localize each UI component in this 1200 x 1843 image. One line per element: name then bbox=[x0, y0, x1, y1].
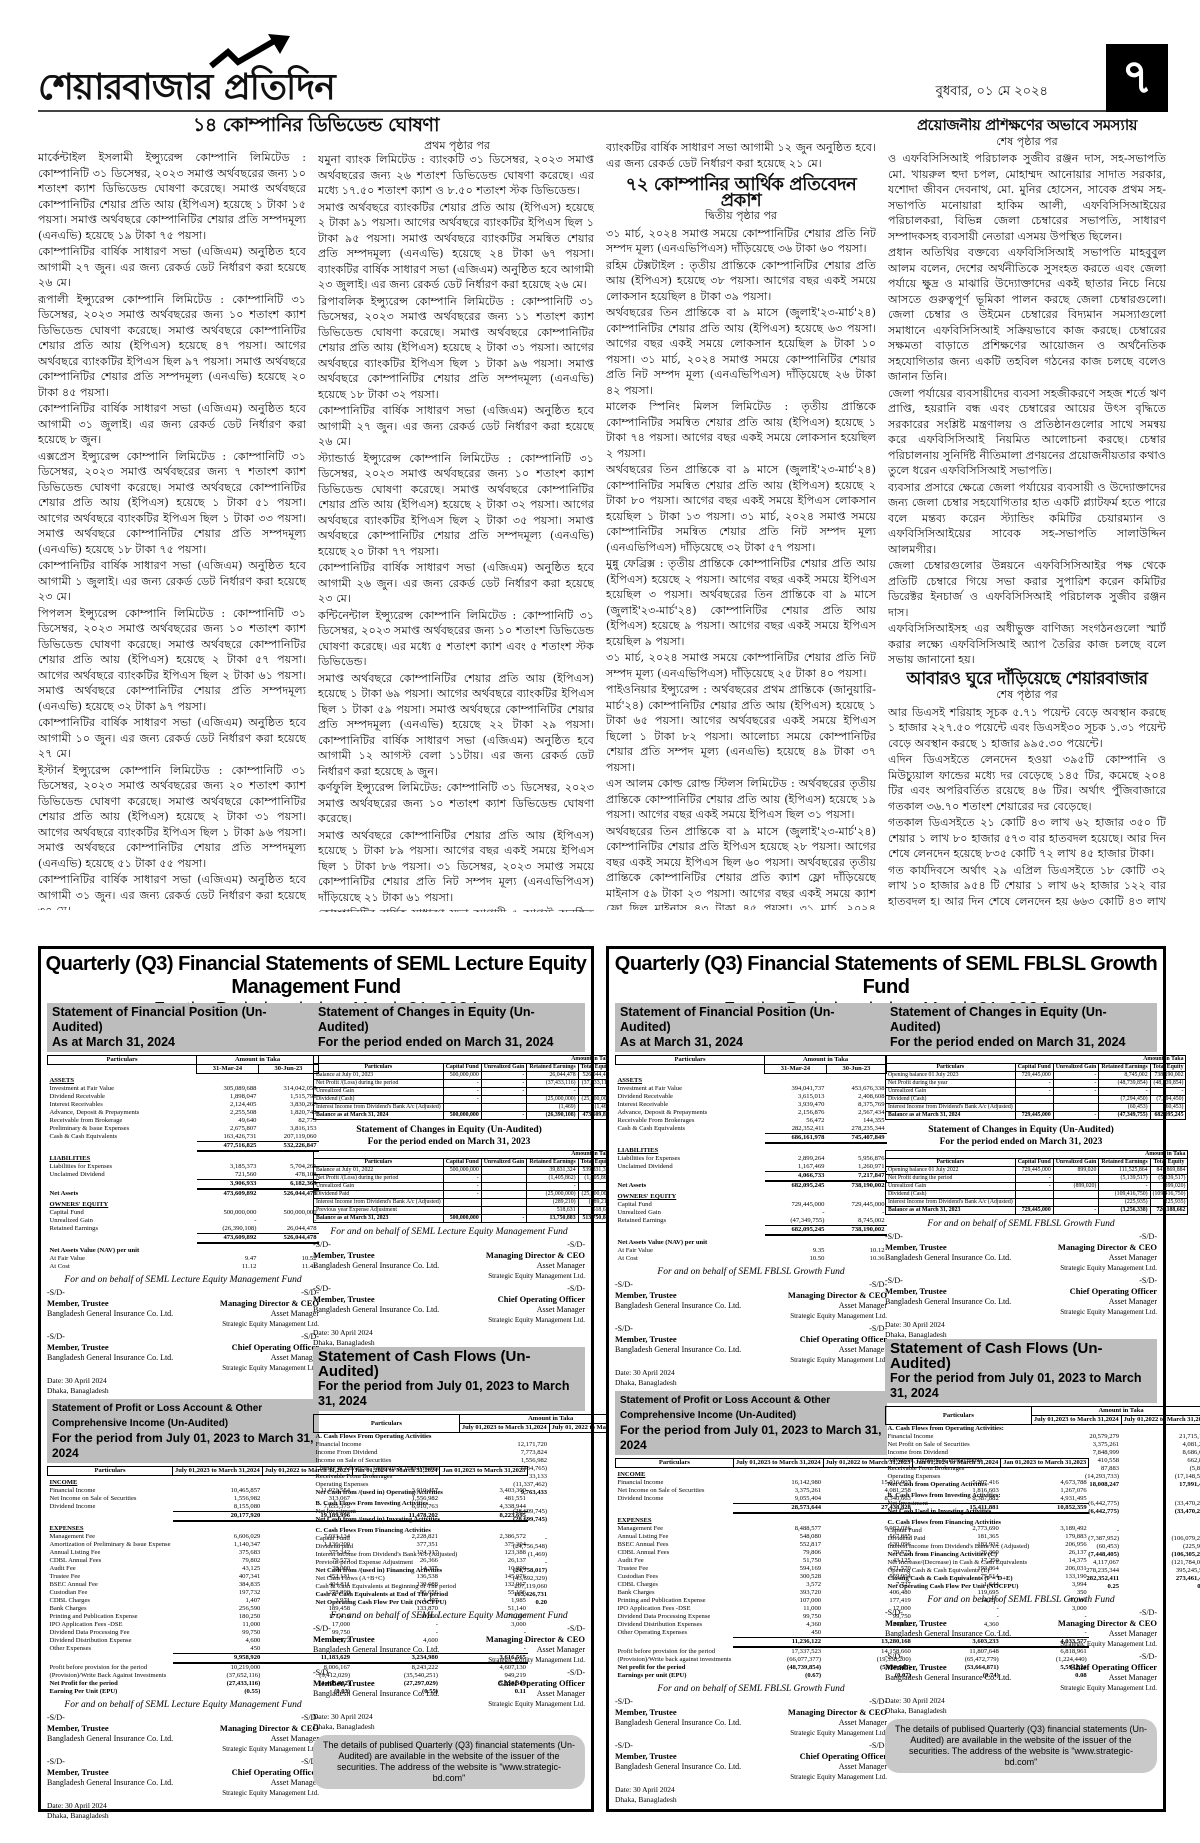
ad-title: Quarterly (Q3) Financial Statements of S… bbox=[609, 953, 1163, 999]
table-row: Interest Income from Dividend's Bank A/c… bbox=[314, 1551, 643, 1559]
financial-position-table: ParticularsAmount in Taka 31-Mar-2430-Ju… bbox=[615, 1055, 887, 1263]
table-row: Net Cash from /(used in) Financing Activ… bbox=[314, 1567, 643, 1575]
signature-block: -S/D-Member, TrusteeBangladesh General I… bbox=[885, 1232, 1157, 1273]
table-row: Net Profit /(Loss) during the period--(3… bbox=[314, 1080, 614, 1088]
table-row: Interest Income from Dividend's Bank A/c… bbox=[886, 1199, 1188, 1207]
headline: ৭২ কোম্পানির আর্থিক প্রতিবেদন প্রকাশ bbox=[606, 177, 876, 208]
changes-equity-table-2023: Amount in TakaParticularsCapital FundUnr… bbox=[885, 1150, 1188, 1215]
table-row: Operating Expenses(11,337,462)(12,963,66… bbox=[314, 1481, 643, 1489]
table-row: Net Investment(6,442,775)(33,470,286) bbox=[886, 1500, 1200, 1508]
table-row: Dividend Receivable1,898,0471,515,791 bbox=[48, 1093, 319, 1101]
paragraph: জেলা চেম্বারগুলোর উন্নয়নে এফবিসিসিআইর প… bbox=[888, 558, 1166, 620]
table-row: Unrealized Gain-- bbox=[616, 1209, 887, 1217]
date-place: Date: 30 April 2024Dhaka, Banagladesh bbox=[313, 1712, 585, 1731]
table-row: Financial Income12,171,7208,825,731 bbox=[314, 1441, 643, 1449]
paragraph: কোম্পানিটির বার্ষিক সাধারণ সভা (এজিএম) অ… bbox=[38, 872, 306, 910]
headline-market-rebound: আবারও ঘুরে দাঁড়িয়েছে শেয়ারবাজার bbox=[888, 672, 1166, 688]
table-row: Retained Earnings(26,390,108)26,044,478 bbox=[48, 1225, 319, 1234]
table-row: Unrealized Gain--- bbox=[314, 1183, 614, 1191]
table-row: Capital Fund729,445,000729,445,000 bbox=[616, 1201, 887, 1209]
table-row: At Cost10.5010.36 bbox=[616, 1255, 887, 1263]
table-row: Advance, Deposit & Prepayments2,255,5081… bbox=[48, 1109, 319, 1117]
on-behalf-line: For and on behalf of SEML FBLSL Growth F… bbox=[615, 1267, 887, 1277]
paragraph: কোম্পানিটির বার্ষিক সাধারণ সভা (এজিএম) অ… bbox=[38, 244, 306, 291]
paragraph: মার্কেন্টাইল ইসলামী ইন্স্যুরেন্স কোম্পান… bbox=[38, 150, 306, 243]
paragraph: গত কার্যদিবসে অর্থাৎ ২৯ এপ্রিল ডিএসইতে ১… bbox=[888, 863, 1166, 911]
profit-loss-heading: Statement of Profit or Loss Account & Ot… bbox=[615, 1391, 887, 1455]
date-place: Date: 30 April 2024Dhaka, Banagladesh bbox=[47, 1801, 319, 1820]
signature-block: -S/D-Member, TrusteeBangladesh General I… bbox=[313, 1240, 585, 1281]
table-row: Operating Expenses(14,293,733)(17,148,59… bbox=[886, 1473, 1200, 1481]
table-row: Liabilities for Expenses3,185,3735,704,2… bbox=[48, 1163, 319, 1171]
table-row: Receivable From Brokerages56,472144,355 bbox=[616, 1117, 887, 1125]
table-row: Investment at Fair Value394,041,737453,6… bbox=[616, 1085, 887, 1093]
paragraph: কোম্পানিটির বার্ষিক সাধারণ সভা (এজিএম) অ… bbox=[318, 403, 594, 450]
changes-equity-table-2023: Amount in TakaParticularsCapital FundUnr… bbox=[313, 1150, 614, 1223]
on-behalf-line: For and on behalf of SEML FBLSL Growth F… bbox=[885, 1595, 1157, 1605]
paragraph: এস আলম কোল্ড রোল্ড স্টিলস লিমিটেড : অর্থ… bbox=[606, 776, 876, 823]
table-row: Interest Income from Dividend's Bank A/c… bbox=[886, 1543, 1200, 1551]
table-row: Net Profit /(Loss) during the period-(1,… bbox=[314, 1175, 614, 1183]
table-row: Net Profit during the period-(5,139,517)… bbox=[886, 1175, 1188, 1183]
table-row: Net Profit during the year--(48,739,854)… bbox=[886, 1080, 1186, 1088]
table-row: Capital Fund-- bbox=[314, 1535, 643, 1543]
table-row: Investment at Fair Value305,089,688314,0… bbox=[48, 1085, 319, 1093]
table-row: Dividend Paid(7,387,952)(106,079,280) bbox=[886, 1535, 1200, 1543]
paragraph: পিপলস ইন্স্যুরেন্স কোম্পানি লিমিটেড : কো… bbox=[38, 606, 306, 715]
signature-block: -S/D-Member, TrusteeBangladesh General I… bbox=[885, 1276, 1157, 1317]
table-row: Interest Income from Dividend's Bank A/c… bbox=[314, 1199, 614, 1207]
on-behalf-line: For and on behalf of SEML Lecture Equity… bbox=[313, 1227, 585, 1237]
table-row: Dividend (Cash)-(25,000,000)(25,000,000) bbox=[314, 1096, 614, 1104]
paragraph: সমাপ্ত অর্থবছরে ব্যাংকটির শেয়ার প্রতি আ… bbox=[318, 200, 594, 293]
paragraph: অর্থবছরের তিন প্রান্তিকে বা ৯ মাসে (জুলা… bbox=[606, 305, 876, 398]
paragraph: এদিন ডিএসইতে লেনদেন হওয়া ৩৯৫টি কোম্পানি… bbox=[888, 752, 1166, 814]
paragraph: কর্ণফুলি ইন্স্যুরেন্স লিমিটেড: কোম্পানিট… bbox=[318, 780, 594, 827]
signature-block: -S/D-Member, TrusteeBangladesh General I… bbox=[313, 1668, 585, 1709]
headline: ১৪ কোম্পানির ডিভিডেন্ড ঘোষণা bbox=[38, 118, 594, 134]
table-row: Interest Receivables2,124,4053,830,267 bbox=[48, 1101, 319, 1109]
paragraph: রূপালী ইন্স্যুরেন্স কোম্পানি লিমিটেড : ক… bbox=[38, 292, 306, 401]
table-row: Dividend Paid-(25,000,000)(25,000,000) bbox=[314, 1191, 614, 1199]
table-row: At Cost11.1211.41 bbox=[48, 1263, 319, 1271]
signature-block: -S/D-Member, TrusteeBangladesh General I… bbox=[885, 1652, 1157, 1693]
table-row: Net Operating Cash Flow Per Unit (NOCFPU… bbox=[314, 1599, 643, 1607]
masthead: শেয়ারবাজার প্রতিদিন বুধবার, ০১ মে ২০২৪ … bbox=[38, 40, 1168, 112]
paragraph: এফবিসিসিআইসহ এর অধীভুক্ত বাণিজ্য সংগঠনগু… bbox=[888, 621, 1166, 668]
publication-date: বুধবার, ০১ মে ২০২৪ bbox=[936, 82, 1048, 103]
lead-paragraph: ব্যাংকটির বার্ষিক সাধারণ সভা আগামী ১২ জু… bbox=[606, 140, 876, 171]
signature-block: -S/D-Member, TrusteeBangladesh General I… bbox=[47, 1332, 319, 1373]
table-row: Opening balance 01 July 2022729,445,0008… bbox=[886, 1167, 1188, 1175]
changes-equity-table-2024: Amount in TakaParticularsCapital FundUnr… bbox=[313, 1055, 614, 1120]
paragraph: অর্থবছরের তিন প্রান্তিকে বা ৯ মাসে (জুলা… bbox=[606, 462, 876, 555]
table-row: Income From Dividend7,773,8246,509,864 bbox=[314, 1449, 643, 1457]
table-row: Unrealized Gain-(899,020)-(899,020) bbox=[886, 1183, 1188, 1191]
financial-position-table: ParticularsAmount in Taka 31-Mar-2430-Ju… bbox=[47, 1055, 319, 1271]
table-row: Dividend Receivable3,615,0132,408,608 bbox=[616, 1093, 887, 1101]
paragraph: কন্টিনেন্টাল ইন্স্যুরেন্স কোম্পানি লিমিট… bbox=[318, 608, 594, 670]
table-row: Net Assets682,095,245738,190,002 bbox=[616, 1181, 887, 1190]
paragraph: সমাপ্ত অর্থবছরে কোম্পানিটির শেয়ার প্রতি… bbox=[318, 828, 594, 906]
paragraph: অর্থবছরের তিন প্রান্তিকে বা ৯ মাসে (জুলা… bbox=[606, 824, 876, 911]
left-half: Statement of Financial Position (Un-Audi… bbox=[615, 1003, 887, 1804]
table-row: Interest Receivable3,939,4708,375,769 bbox=[616, 1101, 887, 1109]
financial-position-heading: Statement of Financial Position (Un-Audi… bbox=[615, 1003, 887, 1052]
article-dividend-col1: মার্কেন্টাইল ইসলামী ইন্স্যুরেন্স কোম্পান… bbox=[38, 150, 306, 910]
table-row: Balance at July 01, 2023500,000,000-26,0… bbox=[314, 1072, 614, 1080]
table-row: Unclaimed Dividend1,167,4691,260,971 bbox=[616, 1163, 887, 1172]
paragraph: ৩১ মার্চ, ২০২৪ সমাপ্ত সময়ে কোম্পানিটির … bbox=[606, 226, 876, 257]
paragraph: রিপাবলিক ইন্স্যুরেন্স কোম্পানি লিমিটেড :… bbox=[318, 294, 594, 403]
table-row: Net Cash from /(used in) Investing Activ… bbox=[314, 1516, 643, 1524]
table-row: Receivable From Brokerages87,883(5,870) bbox=[886, 1465, 1200, 1473]
ad-title: Quarterly (Q3) Financial Statements of S… bbox=[41, 953, 591, 999]
table-row: Net Cash Used in Investing Activities(6,… bbox=[886, 1508, 1200, 1516]
date-place: Date: 30 April 2024Dhaka, Banagladesh bbox=[615, 1368, 887, 1387]
date-place: Date: 30 April 2024Dhaka, Banagladesh bbox=[313, 1328, 585, 1347]
table-row: Cash & Cash Equivalents at Beginning of … bbox=[314, 1583, 643, 1591]
financial-position-heading: Statement of Financial Position (Un-Audi… bbox=[47, 1003, 319, 1052]
signature-block: -S/D-Member, TrusteeBangladesh General I… bbox=[47, 1288, 319, 1329]
paragraph: ব্যবসার প্রসারে ক্ষেত্রে জেলা পর্যায়ের … bbox=[888, 480, 1166, 558]
paragraph: ও এফবিসিসিআই পরিচালক সুজীব রঞ্জন দাস, সহ… bbox=[888, 151, 1166, 244]
table-row: Net Cash from /(used in) Operating Activ… bbox=[314, 1489, 643, 1497]
paragraph: পাইওনিয়ার ইন্স্যুরেন্স : অর্থবছরের প্রথ… bbox=[606, 682, 876, 775]
table-row: Net Increase/(Decrease) in Cash & Cash E… bbox=[886, 1559, 1200, 1567]
right-half: Statement of Changes in Equity (Un-Audit… bbox=[885, 1003, 1157, 1773]
disclosure-note: The details of publised Quarterly (Q3) f… bbox=[313, 1735, 585, 1789]
signature-block: -S/D-Member, TrusteeBangladesh General I… bbox=[615, 1697, 887, 1738]
table-row: Balance as at March 31, 2024729,445,000-… bbox=[886, 1112, 1186, 1120]
table-row: Net Cash Flows (A+B+C)(43,692,329)(52,80… bbox=[314, 1575, 643, 1583]
table-row: Dividend paid(24,756,548)(24,976,697) bbox=[314, 1543, 643, 1551]
table-row: Previous period Expense Adjustment-518,6… bbox=[314, 1559, 643, 1567]
table-row: Opening balance 01 July 2023729,445,000-… bbox=[886, 1072, 1186, 1080]
date-place: Date: 30 April 2024Dhaka, Banagladesh bbox=[47, 1376, 319, 1395]
table-row: Unclaimed Dividend721,560478,108 bbox=[48, 1171, 319, 1180]
table-row: Liabilities for Expenses2,899,2645,956,8… bbox=[616, 1155, 887, 1163]
table-row: Capital Fund500,000,000500,000,000 bbox=[48, 1209, 319, 1217]
cash-flows-heading: Statement of Cash Flows (Un-Audited)For … bbox=[313, 1347, 585, 1411]
ad-fblsl-growth-fund: Quarterly (Q3) Financial Statements of S… bbox=[606, 946, 1166, 1812]
on-behalf-line: For and on behalf of SEML FBLSL Growth F… bbox=[615, 1684, 887, 1694]
profit-loss-heading: Statement of Profit or Loss Account & Ot… bbox=[47, 1399, 319, 1463]
article-financial-reports: ব্যাংকটির বার্ষিক সাধারণ সভা আগামী ১২ জু… bbox=[606, 140, 876, 910]
table-row: Net Investment(28,699,745)(31,222,118) bbox=[314, 1508, 643, 1516]
signature-block: -S/D-Member, TrusteeBangladesh General I… bbox=[313, 1284, 585, 1325]
table-row: Income on Sale of Securities1,556,982313… bbox=[314, 1457, 643, 1465]
changes-equity-heading: Statement of Changes in Equity (Un-Audit… bbox=[885, 1003, 1157, 1052]
paragraph: ৩১ মার্চ, ২০২৪ সমাপ্ত সময়ে কোম্পানিটির … bbox=[606, 650, 876, 681]
date-place: Date: 30 April 2024Dhaka, Banagladesh bbox=[885, 1320, 1157, 1339]
changes-equity-heading: Statement of Changes in Equity (Un-Audit… bbox=[313, 1003, 585, 1052]
table-row: Retained Earnings(47,349,755)8,745,002 bbox=[616, 1217, 887, 1226]
signature-block: -S/D-Member, TrusteeBangladesh General I… bbox=[615, 1324, 887, 1365]
signature-block: -S/D-Member, TrusteeBangladesh General I… bbox=[313, 1624, 585, 1665]
table-row: Balance as at March 31, 2023729,445,000-… bbox=[886, 1207, 1188, 1215]
on-behalf-line: For and on behalf of SEML Lecture Equity… bbox=[47, 1275, 319, 1285]
table-row: Receivable from Brokerage49,64082,773 bbox=[48, 1117, 319, 1125]
table-row: Balance as at March 31, 2023500,000,000-… bbox=[314, 1215, 614, 1223]
left-half: Statement of Financial Position (Un-Audi… bbox=[47, 1003, 319, 1820]
article-dividend-col2: যমুনা ব্যাংক লিমিটেড : ব্যাংকটি ৩১ ডিসেম… bbox=[318, 152, 594, 912]
paragraph: মুন্নু ফেব্রিক্স : তৃতীয় প্রান্তিকে কোম… bbox=[606, 556, 876, 649]
table-row: At Fair Value9.4710.52 bbox=[48, 1255, 319, 1263]
cash-flow-table: ParticularsAmount in Taka July 01,2023 t… bbox=[313, 1414, 643, 1607]
table-row: Unrealized Gain-- bbox=[48, 1217, 319, 1225]
signature-block: -S/D-Member, TrusteeBangladesh General I… bbox=[47, 1757, 319, 1798]
table-row: Net Cash from Financing Activities (C)(7… bbox=[886, 1551, 1200, 1559]
paragraph: ইস্টার্ন ইন্স্যুরেন্স কোম্পানি লিমিটেড :… bbox=[38, 763, 306, 872]
cash-flow-table: ParticularsAmount in Taka July 01,2023 t… bbox=[885, 1406, 1200, 1591]
signature-block: -S/D-Member, TrusteeBangladesh General I… bbox=[885, 1608, 1157, 1649]
table-row: Balance at July 01, 2022500,000,00039,83… bbox=[314, 1167, 614, 1175]
table-row: Capital Fund- bbox=[886, 1527, 1200, 1535]
table-row: Preliminary & Issue Expenses2,675,8073,8… bbox=[48, 1125, 319, 1133]
paragraph: এক্সপ্রেস ইন্স্যুরেন্স কোম্পানি লিমিটেড … bbox=[38, 449, 306, 558]
paragraph: কোম্পানিটির বার্ষিক সাধারণ সভা (এজিএম) অ… bbox=[38, 715, 306, 762]
paragraph: স্ট্যান্ডার্ড ইন্স্যুরেন্স কোম্পানি লিমি… bbox=[318, 451, 594, 560]
page-number: ৭ bbox=[1106, 44, 1168, 112]
date-place: Date: 30 April 2024Dhaka, Banagladesh bbox=[615, 1785, 887, 1804]
paragraph: মালেক স্পিনিং মিলস লিমিটেড : তৃতীয় প্রা… bbox=[606, 399, 876, 461]
table-row: Opening Cash & Cash Equivalents (E)278,2… bbox=[886, 1567, 1200, 1575]
article-training: প্রয়োজনীয় প্রশিক্ষণের অভাবে সমস্যায় শ… bbox=[888, 118, 1166, 910]
table-row: Cash & Cash Equivalents282,352,411278,23… bbox=[616, 1125, 887, 1134]
paragraph: গতকাল ডিএসইতে ২১ কোটি ৪৩ লাখ ৬২ হাজার ৩৫… bbox=[888, 815, 1166, 862]
table-row: Balance as at March 31, 2024500,000,000-… bbox=[314, 1112, 614, 1120]
table-row: Closing Cash & Cash Equivalents (F = D+E… bbox=[886, 1575, 1200, 1583]
on-behalf-line: For and on behalf of SEML FBLSL Growth F… bbox=[885, 1219, 1157, 1229]
paragraph: কোম্পানিটির বার্ষিক সাধারণ সভা (এজিএম) অ… bbox=[38, 558, 306, 605]
ad-lecture-equity-fund: Quarterly (Q3) Financial Statements of S… bbox=[38, 946, 594, 1812]
table-row: Dividend (Cash)(7,294,450)(7,294,450) bbox=[886, 1096, 1186, 1104]
paragraph: জেলা পর্যায়ের ব্যবসায়ীদের ব্যবসা সহজীক… bbox=[888, 386, 1166, 479]
paragraph: রহিম টেক্সটাইল : তৃতীয় প্রান্তিকে কোম্প… bbox=[606, 258, 876, 305]
table-row: Cash & Cash Equivalents at End of The pe… bbox=[314, 1591, 643, 1599]
table-row: Income from Dividend7,848,9998,686,649 bbox=[886, 1449, 1200, 1457]
table-row: Net Cash from Operating Activities18,008… bbox=[886, 1481, 1200, 1489]
paragraph: কোম্পানিটির বার্ষিক সাধারণ সভা আগামী ৫ আ… bbox=[318, 906, 594, 912]
table-row: Dividend (Cash)(109,416,750)(109,416,750… bbox=[886, 1191, 1188, 1199]
table-row: Net Profit on Sale of Securities3,375,26… bbox=[886, 1441, 1200, 1449]
table-row: Advance, Deposit & Prepayments2,156,8762… bbox=[616, 1109, 887, 1117]
signature-block: -S/D-Member, TrusteeBangladesh General I… bbox=[47, 1713, 319, 1754]
table-row: Interest Income from Dividend's Bank A/c… bbox=[314, 1104, 614, 1112]
signature-block: -S/D-Member, TrusteeBangladesh General I… bbox=[615, 1280, 887, 1321]
paragraph: যমুনা ব্যাংক লিমিটেড : ব্যাংকটি ৩১ ডিসেম… bbox=[318, 152, 594, 199]
table-row: Previous year Expense Adjustment518,6315… bbox=[314, 1207, 614, 1215]
date-place: Date: 30 April 2024Dhaka, Banagladesh bbox=[885, 1696, 1157, 1715]
table-row: Net Operating Cash Flow Per Unit (NOCFPU… bbox=[886, 1583, 1200, 1591]
signature-block: -S/D-Member, TrusteeBangladesh General I… bbox=[615, 1741, 887, 1782]
newspaper-logo: শেয়ারবাজার প্রতিদিন bbox=[38, 60, 335, 120]
table-row: Financial Income20,579,27921,715,165 bbox=[886, 1433, 1200, 1441]
table-row: Advances, Deposits & Prepayments410,5586… bbox=[886, 1457, 1200, 1465]
table-row: Interest Income from Dividend's Bank A/c… bbox=[886, 1104, 1186, 1112]
table-row: Unrealized Gain---- bbox=[314, 1088, 614, 1096]
paragraph: কোম্পানিটির বার্ষিক সাধারণ সভা (এজিএম) অ… bbox=[38, 401, 306, 448]
table-row: Receivable From Brokerages33,133(129,836… bbox=[314, 1473, 643, 1481]
on-behalf-line: For and on behalf of SEML Lecture Equity… bbox=[47, 1700, 319, 1710]
table-row: At Fair Value9.3510.12 bbox=[616, 1247, 887, 1255]
on-behalf-line: For and on behalf of SEML Lecture Equity… bbox=[313, 1611, 585, 1621]
changes-equity-table-2024: Amount in TakaParticularsCapital FundUnr… bbox=[885, 1055, 1186, 1120]
cash-flows-heading: Statement of Cash Flows (Un-Audited)For … bbox=[885, 1339, 1157, 1403]
paragraph: প্রধান অতিথির বক্তব্যে এফবিসিসিআই সভাপতি… bbox=[888, 245, 1166, 385]
table-row: Net Assets473,609,892526,044,478 bbox=[48, 1189, 319, 1198]
right-half: Statement of Changes in Equity (Un-Audit… bbox=[313, 1003, 585, 1789]
table-row: Unrealized Gain---- bbox=[886, 1088, 1186, 1096]
article-dividend-header: ১৪ কোম্পানির ডিভিডেন্ড ঘোষণা bbox=[38, 118, 594, 134]
table-row: Cash & Cash Equivalents163,426,731207,11… bbox=[48, 1133, 319, 1142]
paragraph: আর ডিএসই শরিয়াহ সূচক ৫.৭১ পয়েন্ট বেড়ে… bbox=[888, 705, 1166, 752]
disclosure-note: The details of publised Quarterly (Q3) f… bbox=[885, 1719, 1157, 1773]
headline: প্রয়োজনীয় প্রশিক্ষণের অভাবে সমস্যায় bbox=[888, 118, 1166, 134]
paragraph: কোম্পানিটির বার্ষিক সাধারণ সভা (এজিএম) অ… bbox=[318, 560, 594, 607]
table-row: Change in Advances, Deposits & Prepaymen… bbox=[314, 1465, 643, 1473]
paragraph: সমাপ্ত অর্থবছরে কোম্পানিটির শেয়ার প্রতি… bbox=[318, 671, 594, 780]
